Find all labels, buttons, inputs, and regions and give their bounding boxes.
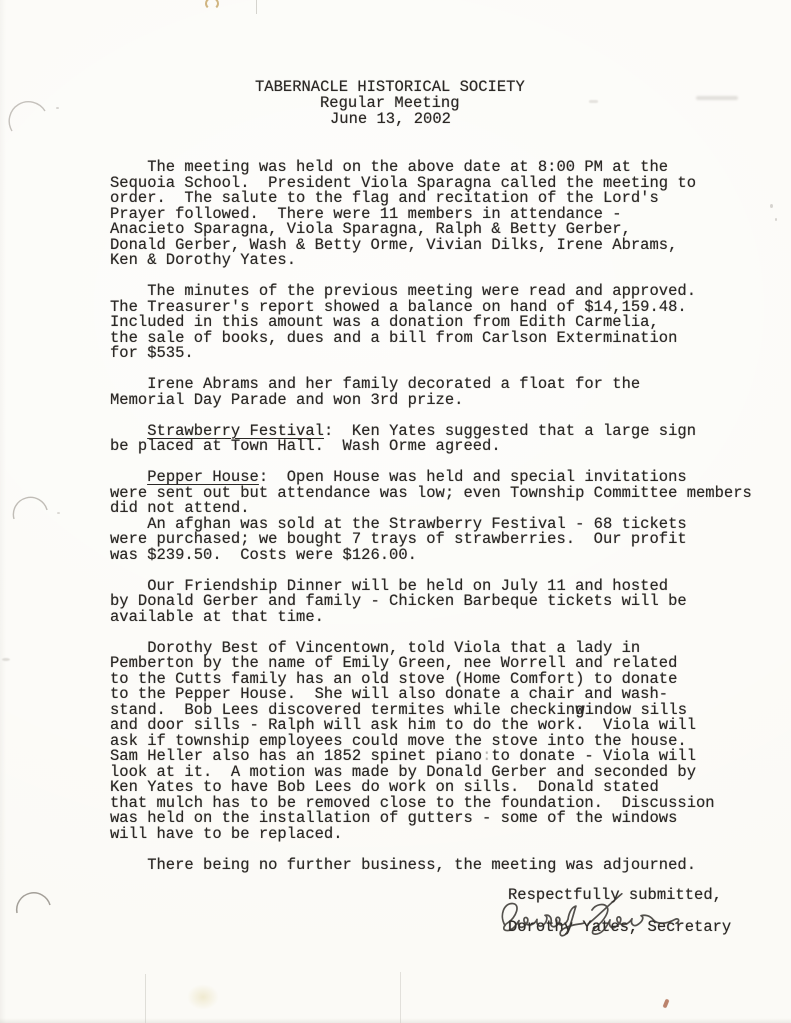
text-line: Memorial Day Parade and won 3rd prize.	[110, 393, 752, 409]
scan-artifact-tan-curl	[205, 0, 219, 10]
hole-punch-mark	[9, 102, 45, 131]
scan-artifact-line	[400, 972, 401, 1023]
text-line: available at that time.	[110, 610, 752, 626]
hole-punch-mark	[17, 893, 50, 913]
scan-artifact-speck	[57, 512, 60, 514]
scan-artifact-red-speck	[662, 999, 669, 1009]
scan-artifact-smudge	[696, 96, 738, 100]
scanned-document-page: TABERNACLE HISTORICAL SOCIETY Regular Me…	[0, 0, 791, 1023]
document-date: June 13, 2002	[330, 112, 451, 128]
scan-artifact-speck	[775, 218, 777, 221]
signature-handwriting	[496, 891, 686, 938]
text-segment: Memorial Day Parade and won 3rd prize.	[110, 391, 463, 409]
scan-artifact-speck	[2, 658, 10, 661]
text-line: will have to be replaced.	[110, 827, 752, 843]
text-segment: the sale of books, dues and a bill from …	[110, 329, 677, 347]
text-segment: be placed at Town Hall. Wash Orme agreed…	[110, 437, 501, 455]
text-line: There being no further business, the mee…	[110, 858, 752, 874]
text-segment: :	[482, 747, 491, 765]
scan-artifact-yellow-blotch	[187, 984, 219, 1010]
text-line: Ken & Dorothy Yates.	[110, 253, 752, 269]
text-segment: available at that time.	[110, 608, 324, 626]
scan-artifact-dash	[589, 100, 598, 103]
text-segment: will have to be replaced.	[110, 825, 343, 843]
text-segment: Ken & Dorothy Yates.	[110, 251, 296, 269]
scan-artifact-speck	[56, 107, 59, 109]
text-segment: was $239.50. Costs were $126.00.	[110, 546, 417, 564]
text-segment: There being no further business, the mee…	[110, 856, 696, 874]
text-line: for $535.	[110, 346, 752, 362]
text-segment: for $535.	[110, 344, 194, 362]
text-line: the sale of books, dues and a bill from …	[110, 331, 752, 347]
document-body: The meeting was held on the above date a…	[110, 160, 752, 873]
scan-artifact-line	[145, 974, 146, 1023]
text-line: be placed at Town Hall. Wash Orme agreed…	[110, 439, 752, 455]
scan-artifact-line	[256, 0, 257, 14]
scan-artifact-speck	[770, 204, 773, 208]
hole-punch-mark	[13, 497, 47, 519]
text-line: was $239.50. Costs were $126.00.	[110, 548, 752, 564]
